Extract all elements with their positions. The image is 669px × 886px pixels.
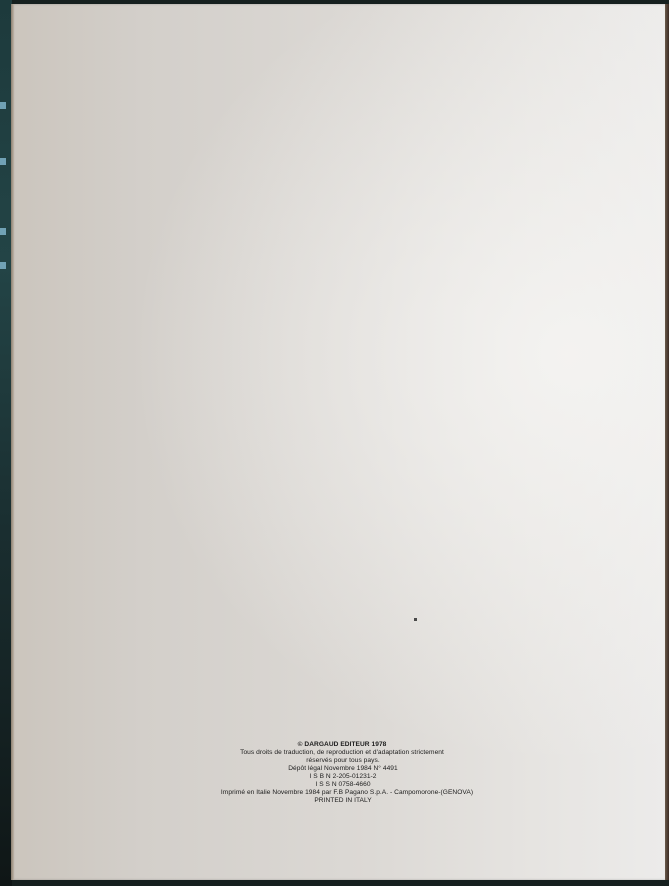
copyright-line: © DARGAUD EDITEUR 1978 — [19, 741, 665, 749]
spine-mark — [0, 228, 6, 235]
page-right-edge — [665, 4, 669, 880]
issn-line: I S S N 0758-4660 — [21, 781, 665, 789]
spine-mark — [0, 262, 6, 269]
isbn-line: I S B N 2-205-01231-2 — [21, 773, 665, 781]
photo-scene: © DARGAUD EDITEUR 1978 Tous droits de tr… — [0, 0, 669, 886]
rights-line-2: réservés pour tous pays. — [21, 757, 665, 765]
paper-speck — [414, 618, 417, 621]
spine-mark — [0, 102, 6, 109]
printer-line: Imprimé en Italie Novembre 1984 par F.B … — [29, 789, 665, 797]
rights-line-1: Tous droits de traduction, de reproducti… — [19, 749, 665, 757]
book-page: © DARGAUD EDITEUR 1978 Tous droits de tr… — [11, 4, 665, 880]
spine-mark — [0, 158, 6, 165]
colophon-block: © DARGAUD EDITEUR 1978 Tous droits de tr… — [11, 741, 665, 805]
printed-in-line: PRINTED IN ITALY — [21, 797, 665, 805]
legal-deposit-line: Dépôt légal Novembre 1984 N° 4491 — [21, 765, 665, 773]
